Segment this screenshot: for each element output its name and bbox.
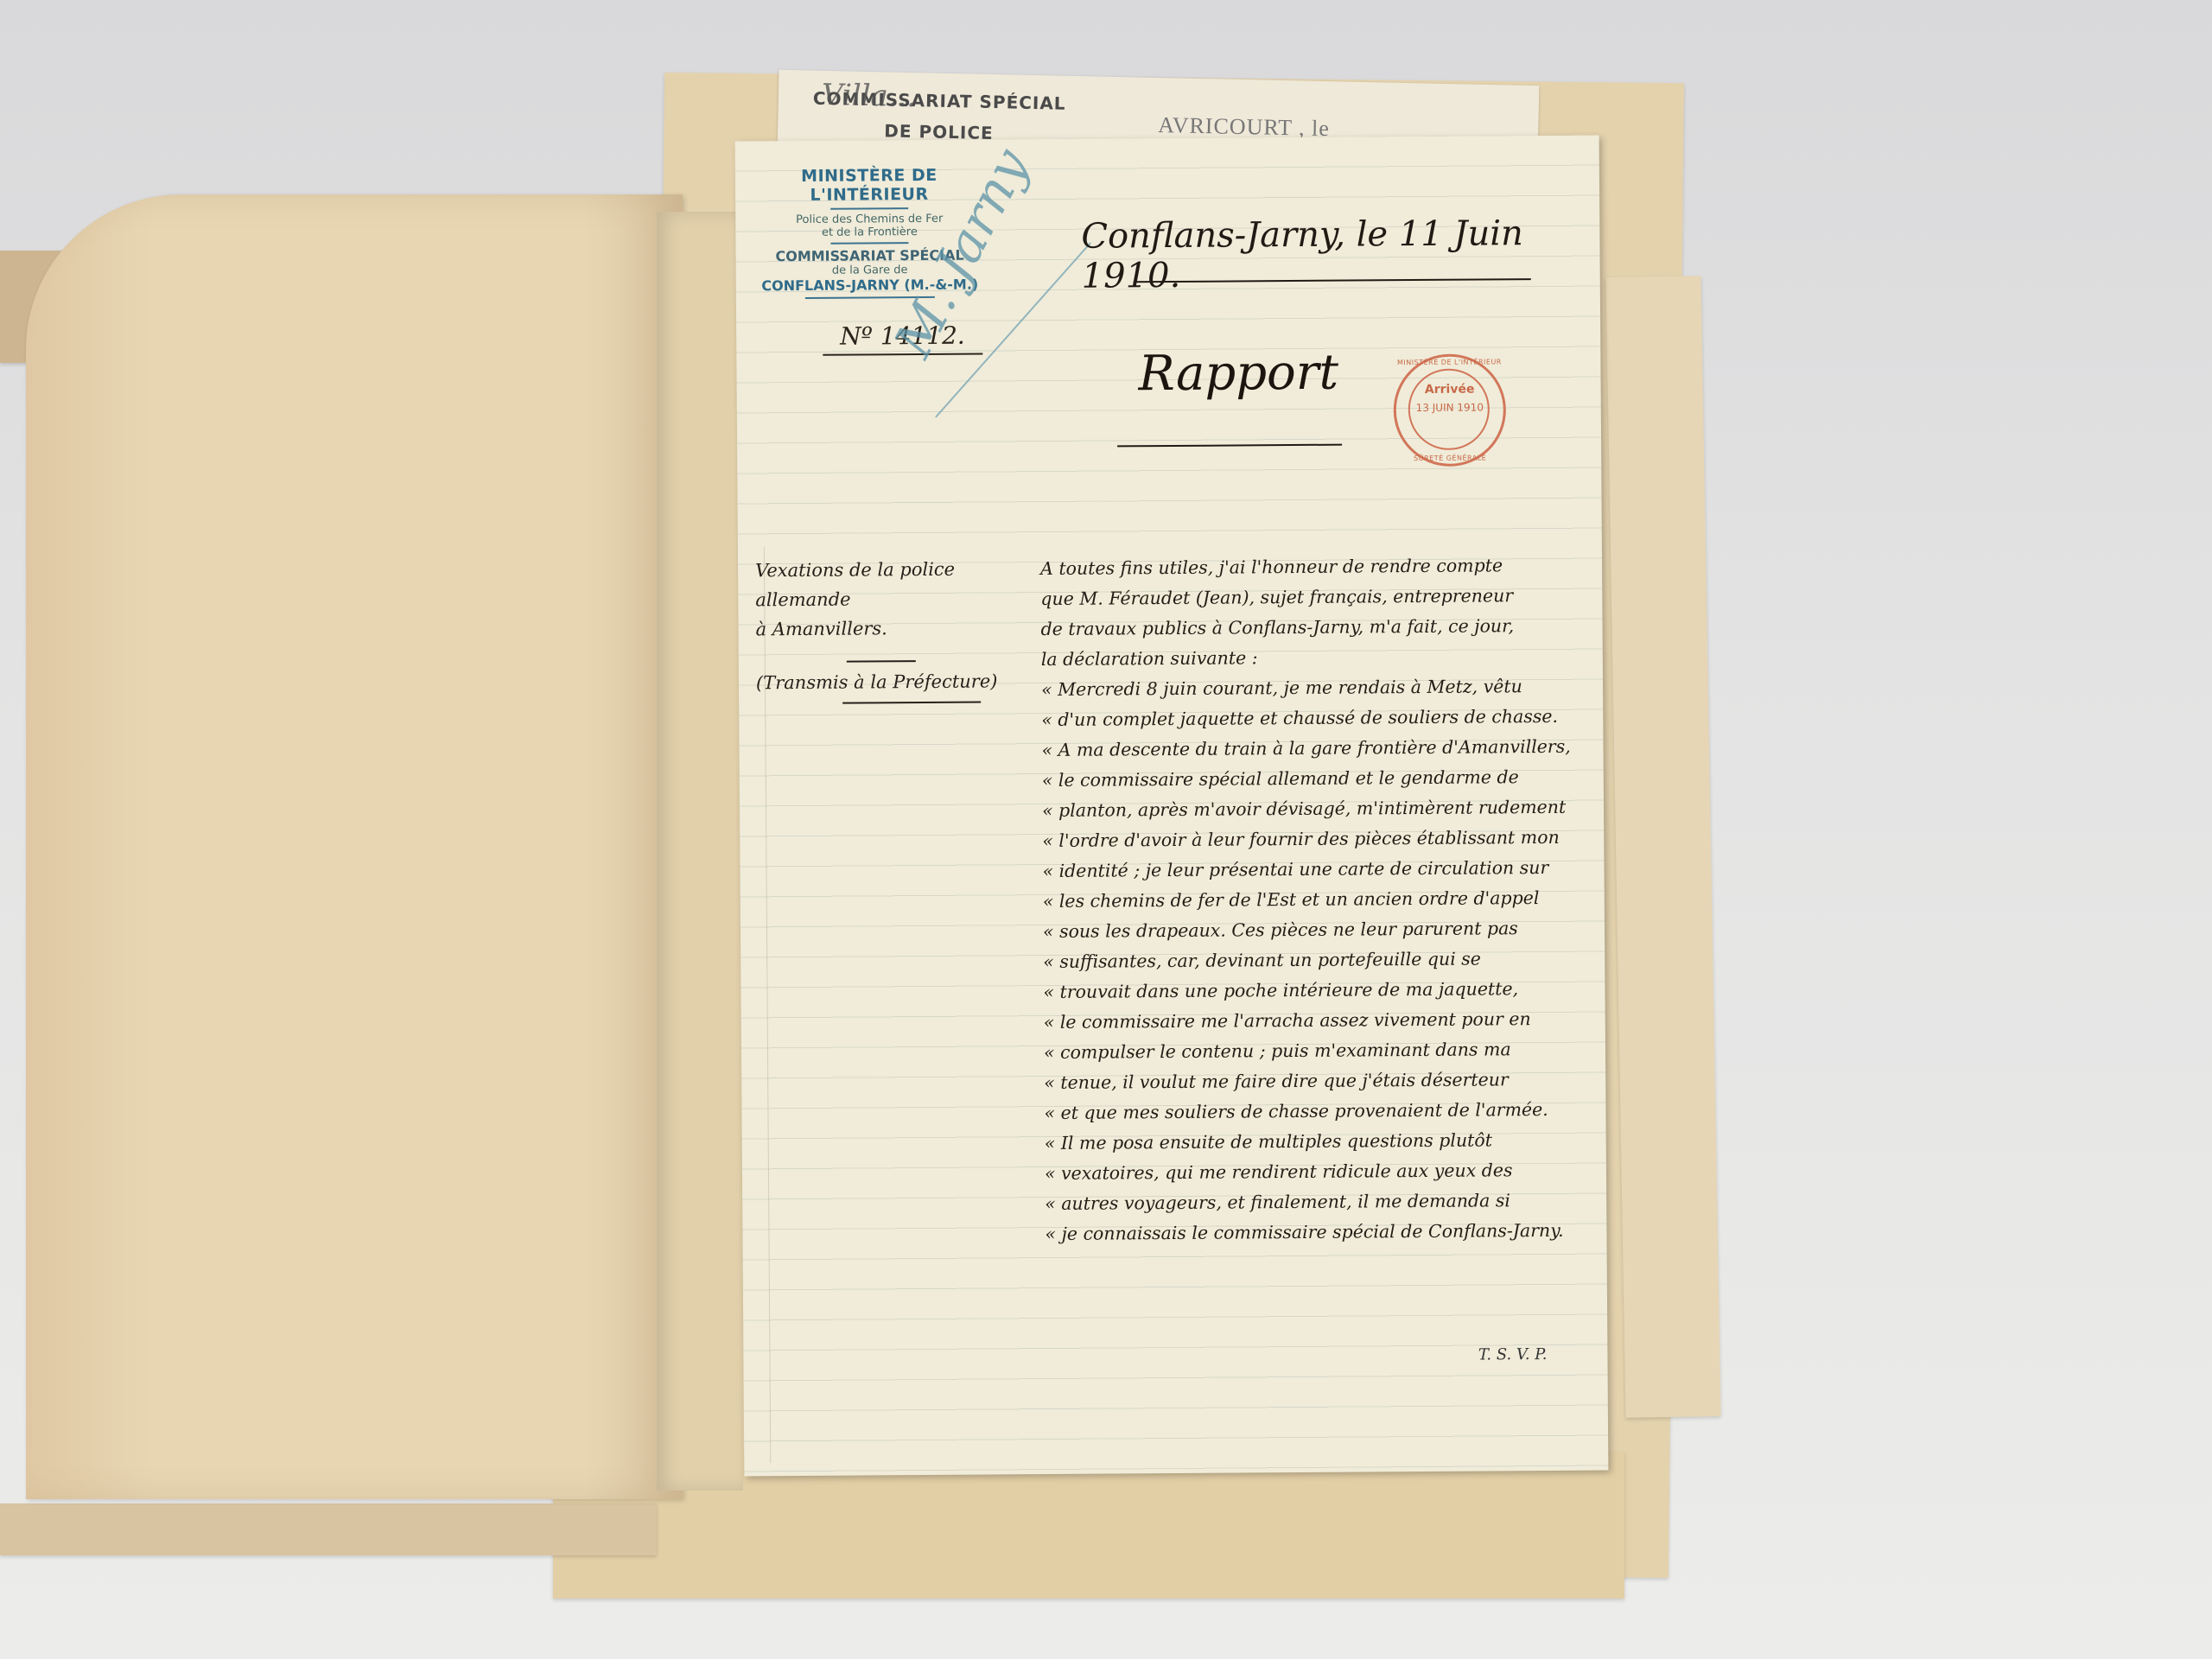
report-body: A toutes fins utiles, j'ai l'honneur de … — [1040, 550, 1590, 1249]
body-line: de travaux publics à Conflans-Jarny, m'a… — [1040, 611, 1585, 645]
binding-gutter — [657, 212, 743, 1491]
page-turn-note: T. S. V. P. — [1478, 1345, 1548, 1364]
folder-cover-bottom — [0, 1503, 657, 1555]
paper-stack-edge — [1605, 276, 1720, 1418]
body-line: « tenue, il voulut me faire dire que j'é… — [1044, 1065, 1588, 1098]
received-stamp: MINISTÈRE DE L'INTÉRIEUR Arrivée 13 JUIN… — [1393, 353, 1506, 467]
title-underline — [1117, 444, 1342, 448]
body-line: « Il me posa ensuite de multiples questi… — [1045, 1125, 1589, 1159]
body-line: « sous les drapeaux. Ces pièces ne leur … — [1043, 913, 1587, 947]
body-line: « le commissaire me l'arracha assez vive… — [1044, 1004, 1588, 1038]
body-line: « et que mes souliers de chasse provenai… — [1044, 1095, 1588, 1128]
body-line: « les chemins de fer de l'Est et un anci… — [1043, 883, 1587, 917]
body-line: « le commissaire spécial allemand et le … — [1042, 762, 1586, 796]
place-date: Conflans-Jarny, le 11 Juin 1910. — [1081, 213, 1600, 296]
body-line: « suffisantes, car, devinant un portefeu… — [1043, 944, 1587, 977]
body-line: « je connaissais le commissaire spécial … — [1045, 1216, 1589, 1249]
report-document: MINISTÈRE DE L'INTÉRIEUR Police des Chem… — [735, 136, 1609, 1477]
body-line: « compulser le contenu ; puis m'examinan… — [1044, 1034, 1588, 1068]
body-line: « trouvait dans une poche intérieure de … — [1043, 974, 1587, 1007]
body-line: que M. Féraudet (Jean), sujet français, … — [1040, 581, 1585, 614]
blank-left-page — [26, 194, 683, 1499]
body-line: « l'ordre d'avoir à leur fournir des piè… — [1042, 823, 1586, 856]
body-line: « vexatoires, qui me rendirent ridicule … — [1045, 1155, 1589, 1189]
body-line: « Mercredi 8 juin courant, je me rendais… — [1041, 671, 1586, 705]
body-line: « autres voyageurs, et finalement, il me… — [1045, 1185, 1589, 1219]
subject-margin-note: Vexations de la police allemande à Amanv… — [755, 554, 1007, 704]
body-line: « planton, après m'avoir dévisagé, m'int… — [1042, 792, 1586, 826]
body-line: « identité ; je leur présentai une carte… — [1042, 853, 1586, 887]
background-scrawl: Villa... — [822, 78, 917, 114]
body-line: « d'un complet jaquette et chaussé de so… — [1041, 702, 1586, 735]
body-line: A toutes fins utiles, j'ai l'honneur de … — [1040, 550, 1585, 584]
document-title: Rapport — [1138, 345, 1338, 403]
body-line: la déclaration suivante : — [1041, 641, 1586, 675]
body-line: « A ma descente du train à la gare front… — [1041, 732, 1586, 766]
